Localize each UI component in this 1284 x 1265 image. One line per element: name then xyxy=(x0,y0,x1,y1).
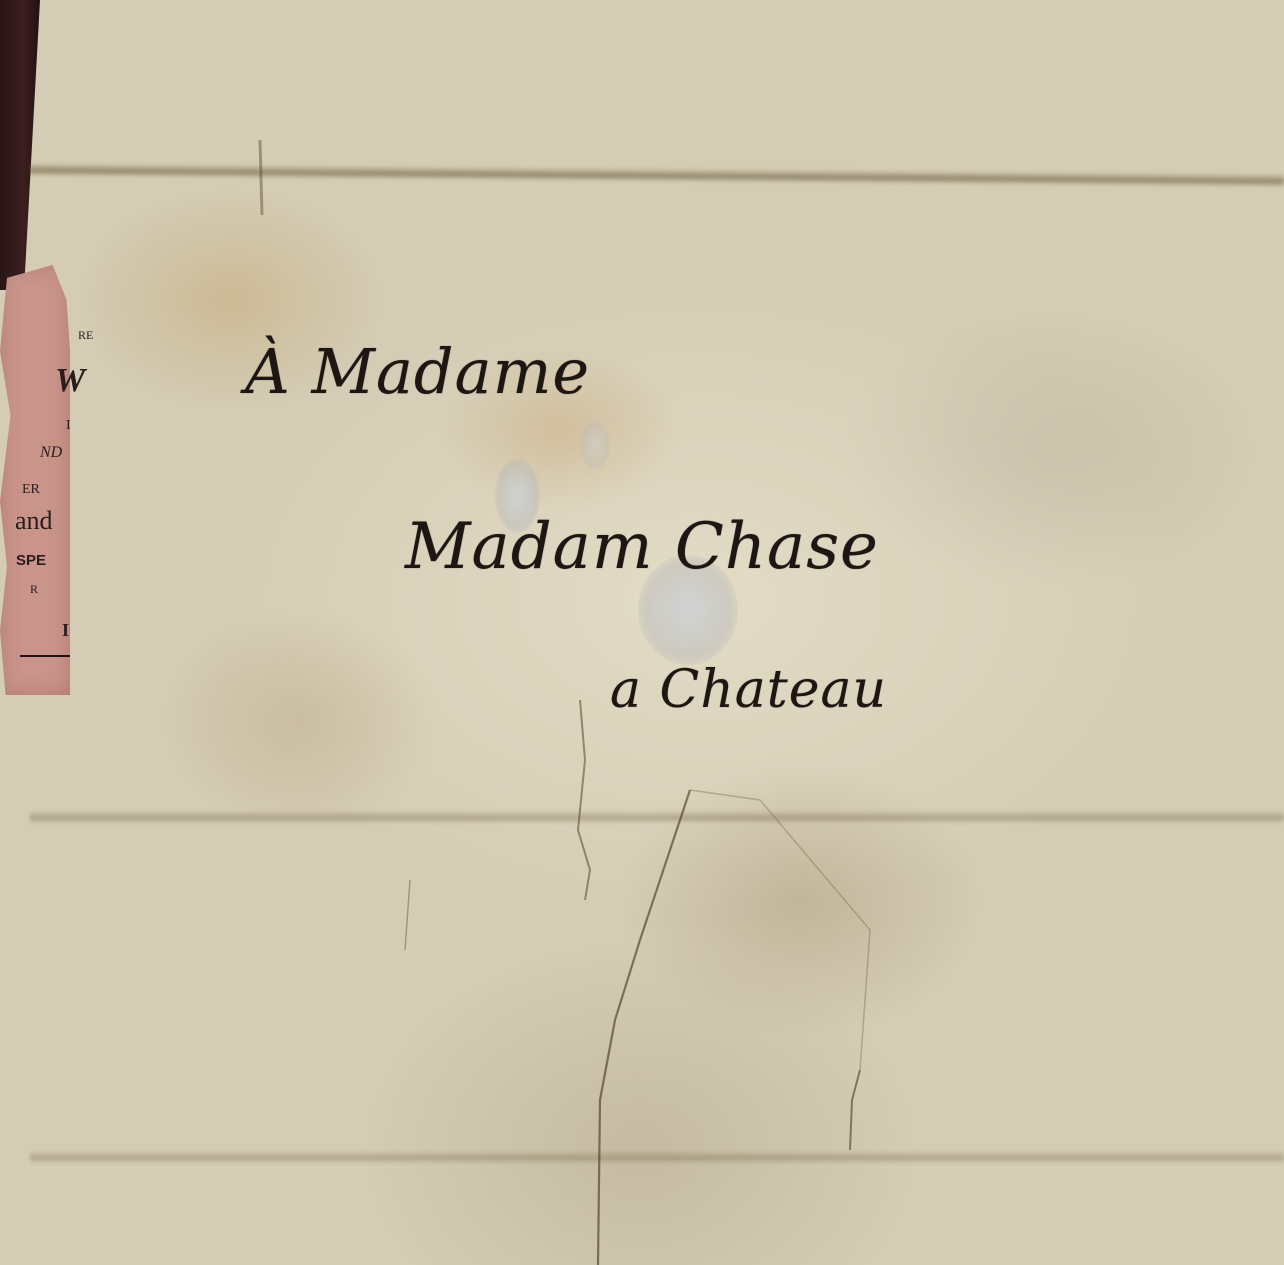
address-line-3: a Chateau xyxy=(610,660,887,720)
label-text: I xyxy=(66,418,71,434)
label-text: ER xyxy=(22,482,40,498)
label-text: ND xyxy=(40,444,62,462)
address-line-1: À Madame xyxy=(245,335,590,408)
label-text: and xyxy=(15,506,53,536)
label-text: RE xyxy=(78,328,93,343)
photo-scene: RE W I ND ER and SPE R I À Madame Madam … xyxy=(0,0,1284,1265)
water-stain xyxy=(580,420,610,470)
label-text: I xyxy=(62,620,69,641)
label-text: R xyxy=(30,582,38,597)
label-text: SPE xyxy=(16,552,46,569)
pink-label-fragment xyxy=(0,265,70,695)
label-text: W xyxy=(55,362,85,400)
label-rule xyxy=(20,655,70,657)
address-line-2: Madam Chase xyxy=(405,510,879,584)
